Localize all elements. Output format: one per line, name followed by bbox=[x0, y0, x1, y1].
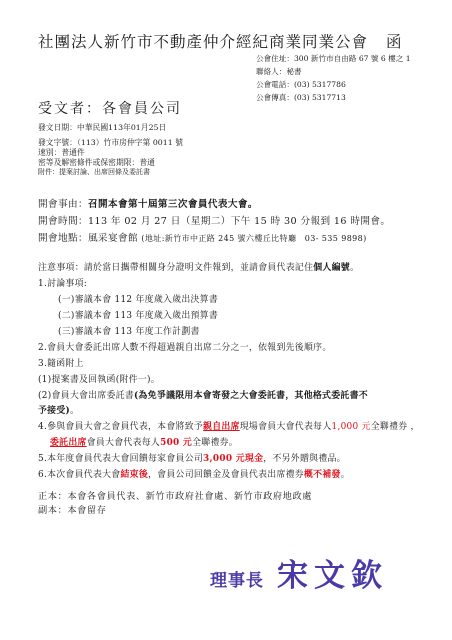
doc-type: 函 bbox=[386, 33, 403, 51]
item4-text-c: 全聯禮券 ， bbox=[371, 422, 420, 432]
item4-in-person: 親自出席 bbox=[203, 422, 240, 432]
item6-after-end: 結束後 bbox=[120, 470, 148, 480]
org-title: 社團法人新竹市不動產仲介經紀商業同業公會函 bbox=[38, 30, 403, 52]
notes-intro: 注意事項：請於當日攜帶相關身分證明文件報到，並請會員代表記住個人編號。 bbox=[38, 260, 359, 273]
notes-intro-bold: 個人編號 bbox=[313, 263, 350, 273]
distribution-original: 正本：本會各會員代表、新竹市政府社會處、新竹市政府地政處 bbox=[38, 488, 312, 502]
meeting-time: 開會時間：113 年 02 月 27 日（星期二）下午 15 時 30 分報到 … bbox=[38, 213, 390, 227]
issue-date: 發文日期：中華民國113年01月25日 bbox=[38, 122, 166, 133]
item6-text-a: 6.本次會員代表大會 bbox=[38, 470, 120, 480]
item3-title: 3.隨函附上 bbox=[38, 356, 84, 369]
item6-text-c: 。 bbox=[341, 470, 350, 480]
meeting-place-address: (地址:新竹市中正路 245 號六樓丘比特廳 03- 535 9898) bbox=[141, 234, 366, 243]
item4-line2: 委託出席會員大會代表每人500 元全聯禮券。 bbox=[50, 435, 238, 448]
signature-title: 理事長 bbox=[210, 566, 264, 591]
item3-b-cont: 予接受) bbox=[38, 406, 70, 416]
contact-fax: 公會傳真：(03) 5317713 bbox=[256, 91, 346, 104]
item5-text-b: ，不另外贈與禮品。 bbox=[263, 454, 346, 464]
signature-name-stamp: 宋文欽 bbox=[277, 550, 388, 595]
meeting-time-value: 113 年 02 月 27 日（星期二）下午 15 時 30 分報到 16 時開… bbox=[88, 216, 390, 227]
item3-a: (1)提案書及回執函(附件一)。 bbox=[38, 372, 160, 385]
item3-b-prefix: (2)會員大會出席委託書 bbox=[38, 391, 134, 401]
meeting-reason-value: 召開本會第十屆第三次會員代表大會。 bbox=[88, 199, 258, 210]
contact-person: 聯絡人：秘書 bbox=[256, 65, 302, 78]
item6: 6.本次會員代表大會結束後，會員公司回饋金及會員代表出席禮券概不補發。 bbox=[38, 467, 350, 480]
item4-amount-1000: 1,000 元 bbox=[332, 422, 371, 432]
item5: 5.本年度會員代表大會回饋每家會員公司3,000 元現金，不另外贈與禮品。 bbox=[38, 451, 346, 464]
item1-sub-3: (三)審議本會 113 年度工作計劃書 bbox=[58, 324, 200, 337]
item4-proxy: 委託出席 bbox=[50, 438, 87, 448]
item4-line1: 4.參與會員大會之會員代表，本會將致予親自出席現場會員大會代表每人1,000 元… bbox=[38, 419, 420, 432]
item6-text-b: ，會員公司回饋金及會員代表出席禮券 bbox=[148, 470, 304, 480]
item4-amount-500: 500 元 bbox=[160, 438, 192, 448]
item6-no-reissue: 概不補發 bbox=[304, 470, 341, 480]
meeting-place-value: 風采宴會館 bbox=[88, 233, 138, 244]
item4-text-d: 會員大會代表每人 bbox=[87, 438, 160, 448]
attachments: 附件：提案討論、出席回條及委託書 bbox=[38, 167, 150, 177]
item4-text-a: 4.參與會員大會之會員代表，本會將致予 bbox=[38, 422, 203, 432]
item4-text-e: 全聯禮券。 bbox=[192, 438, 238, 448]
notes-intro-text: 注意事項：請於當日攜帶相關身分證明文件報到，並請會員代表記住 bbox=[38, 263, 313, 273]
item1-sub-1: (一)審議本會 112 年度歲入歲出決算書 bbox=[58, 292, 218, 305]
item3-b-bold: (為免爭議限用本會寄發之大會委託書，其他格式委託書不 bbox=[134, 391, 368, 401]
item5-text-a: 5.本年度會員代表大會回饋每家會員公司 bbox=[38, 454, 203, 464]
notes-intro-end: 。 bbox=[350, 263, 359, 273]
item3-b-continued: 予接受)。 bbox=[38, 403, 79, 416]
item1-sub-2: (二)審議本會 113 年度歲入歲出預算書 bbox=[58, 308, 218, 321]
meeting-reason-label: 開會事由： bbox=[38, 199, 88, 210]
meeting-time-label: 開會時間： bbox=[38, 216, 88, 227]
item3-b-end: 。 bbox=[70, 406, 79, 416]
recipient: 受文者：各會員公司 bbox=[38, 98, 182, 118]
distribution-copy: 副本：本會留存 bbox=[38, 502, 107, 516]
item4-text-b: 現場會員大會代表每人 bbox=[240, 422, 332, 432]
item1-title: 1.討論事項: bbox=[38, 276, 87, 289]
item3-b: (2)會員大會出席委託書(為免爭議限用本會寄發之大會委託書，其他格式委託書不 bbox=[38, 388, 368, 401]
meeting-place: 開會地點：風采宴會館 (地址:新竹市中正路 245 號六樓丘比特廳 03- 53… bbox=[38, 230, 367, 244]
item5-cash-amount: 3,000 元現金 bbox=[203, 454, 263, 464]
contact-phone: 公會電話：(03) 5317786 bbox=[256, 78, 346, 91]
meeting-place-label: 開會地點： bbox=[38, 233, 88, 244]
meeting-reason: 開會事由：召開本會第十屆第三次會員代表大會。 bbox=[38, 196, 258, 210]
contact-address: 公會住址：300 新竹市自由路 67 號 6 樓之 1 bbox=[256, 52, 411, 65]
item2: 2.會員大會委託出席人數不得超過親自出席二分之一，依報到先後順序。 bbox=[38, 340, 332, 353]
org-name: 社團法人新竹市不動產仲介經紀商業同業公會 bbox=[38, 33, 368, 51]
